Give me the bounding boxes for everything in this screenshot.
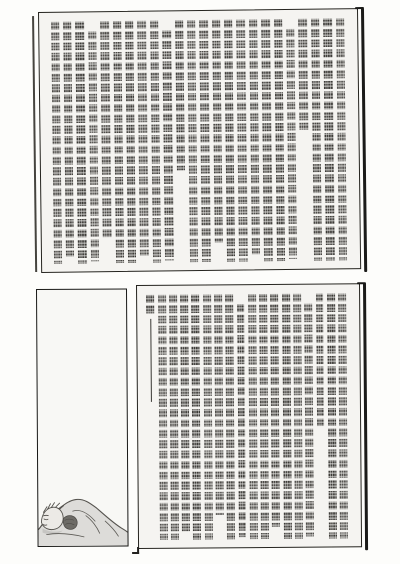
text-column bbox=[237, 19, 248, 261]
text-column bbox=[323, 18, 334, 260]
text-column bbox=[125, 21, 136, 263]
page-bottom bbox=[136, 283, 362, 549]
text-column bbox=[76, 21, 87, 263]
text-column bbox=[180, 295, 190, 540]
page-bottom-book-edge bbox=[363, 283, 368, 550]
page-top bbox=[38, 8, 361, 273]
page-bottom-corner-overshoot bbox=[132, 552, 139, 554]
scanned-document bbox=[0, 0, 400, 564]
text-column bbox=[304, 294, 314, 539]
text-column bbox=[259, 294, 269, 539]
text-column bbox=[63, 22, 74, 264]
text-column bbox=[249, 19, 260, 261]
text-column bbox=[158, 295, 168, 540]
em-dash-rule bbox=[150, 318, 152, 401]
text-column bbox=[169, 295, 179, 540]
text-column bbox=[282, 294, 292, 539]
text-column bbox=[137, 21, 148, 263]
text-column bbox=[270, 294, 280, 539]
page-top-text-block bbox=[51, 18, 347, 264]
text-column bbox=[214, 294, 224, 539]
text-column bbox=[299, 19, 310, 261]
text-column bbox=[327, 293, 337, 538]
text-column bbox=[162, 20, 173, 262]
text-column bbox=[286, 19, 297, 261]
text-column bbox=[248, 294, 258, 539]
text-column bbox=[316, 294, 326, 539]
text-column bbox=[150, 21, 161, 263]
page-bottom-text-block bbox=[149, 293, 348, 540]
reclining-figure-sketch bbox=[38, 476, 127, 547]
page-top-book-edge bbox=[361, 8, 367, 272]
text-column bbox=[199, 20, 210, 262]
text-column bbox=[311, 19, 322, 261]
text-column bbox=[336, 18, 347, 260]
illustration-panel bbox=[36, 288, 129, 547]
text-column bbox=[100, 21, 111, 263]
text-column bbox=[51, 22, 62, 264]
text-column bbox=[192, 295, 202, 540]
text-column bbox=[274, 19, 285, 261]
text-column bbox=[203, 294, 213, 539]
text-column bbox=[212, 20, 223, 262]
text-column bbox=[88, 21, 99, 263]
text-column bbox=[113, 21, 124, 263]
text-column bbox=[175, 20, 186, 262]
text-column bbox=[338, 293, 348, 538]
text-column bbox=[293, 294, 303, 539]
text-column bbox=[237, 294, 247, 539]
text-column bbox=[225, 294, 235, 539]
text-column bbox=[224, 20, 235, 262]
text-column bbox=[261, 19, 272, 261]
page-top-copy-line bbox=[32, 16, 37, 272]
text-column bbox=[187, 20, 198, 262]
text-column bbox=[146, 295, 156, 540]
